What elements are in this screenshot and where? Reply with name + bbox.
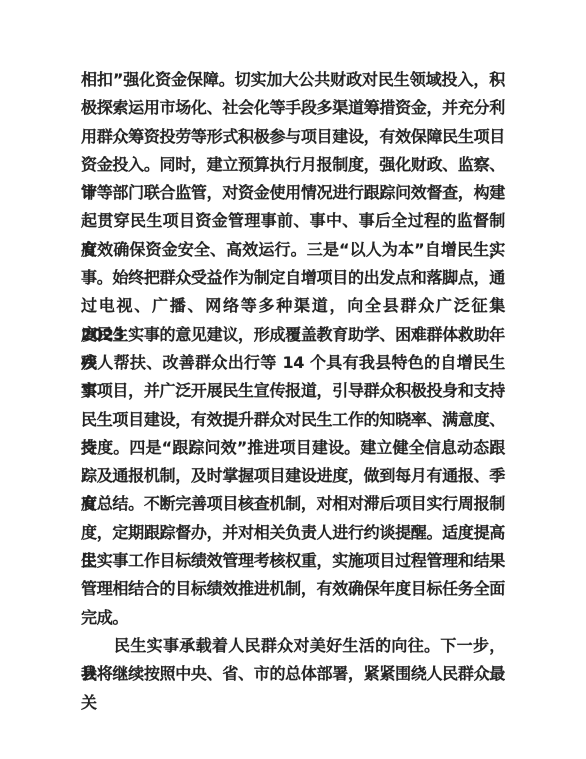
text-line: 极探索运用市场化、社会化等手段多渠道筹措资金，并充分利 bbox=[81, 94, 505, 122]
text-line: 有总结。不断完善项目核查机制，对相对滞后项目实行周报制 bbox=[81, 490, 505, 518]
text-line: 踪及通报机制，及时掌握项目建设进度，做到每月有通报、季度 bbox=[81, 462, 505, 490]
text-line: 资金投入。同时，建立预算执行月报制度，强化财政、监察、审 bbox=[81, 151, 505, 179]
text-line: 计等部门联合监管，对资金使用情况进行跟踪问效督查，构建 bbox=[81, 179, 505, 207]
document-page: 相扣”强化资金保障。切实加大公共财政对民生领域投入，积极探索运用市场化、社会化等… bbox=[0, 0, 586, 759]
text-line: 持度。四是“跟踪问效”推进项目建设。建立健全信息动态跟 bbox=[81, 434, 505, 462]
document-text-block: 相扣”强化资金保障。切实加大公共财政对民生领域投入，积极探索运用市场化、社会化等… bbox=[81, 66, 505, 689]
text-line: 民生实事承载着人民群众对美好生活的向往。下一步，我 bbox=[81, 632, 505, 660]
text-line: 县将继续按照中央、省、市的总体部署，紧紧围绕人民群众最关 bbox=[81, 660, 505, 688]
text-line: 完成。 bbox=[81, 604, 505, 632]
text-line: 事。始终把群众受益作为制定自增项目的出发点和落脚点，通 bbox=[81, 264, 505, 292]
text-line: 民生项目建设，有效提升群众对民生工作的知晓率、满意度、支 bbox=[81, 406, 505, 434]
text-line: 度民生实事的意见建议，形成覆盖教育助学、困难群体救助、残 bbox=[81, 321, 505, 349]
text-line: 相扣”强化资金保障。切实加大公共财政对民生领域投入，积 bbox=[81, 66, 505, 94]
text-line: 过电视、广播、网络等多种渠道，向全县群众广泛征集 2023 年 bbox=[81, 292, 505, 320]
text-line: 度，定期跟踪督办，并对相关负责人进行约谈提醒。适度提高民 bbox=[81, 519, 505, 547]
text-line: 用群众筹资投劳等形式积极参与项目建设，有效保障民生项目 bbox=[81, 123, 505, 151]
text-line: 起贯穿民生项目资金管理事前、事中、事后全过程的监督制度， bbox=[81, 207, 505, 235]
text-line: 有效确保资金安全、高效运行。三是“以人为本”自增民生实 bbox=[81, 236, 505, 264]
text-line: 生实事工作目标绩效管理考核权重，实施项目过程管理和结果 bbox=[81, 547, 505, 575]
text-line: 事项目，并广泛开展民生宣传报道，引导群众积极投身和支持 bbox=[81, 377, 505, 405]
text-line: 管理相结合的目标绩效推进机制，有效确保年度目标任务全面 bbox=[81, 575, 505, 603]
text-line: 疾人帮扶、改善群众出行等 14 个具有我县特色的自增民生实 bbox=[81, 349, 505, 377]
